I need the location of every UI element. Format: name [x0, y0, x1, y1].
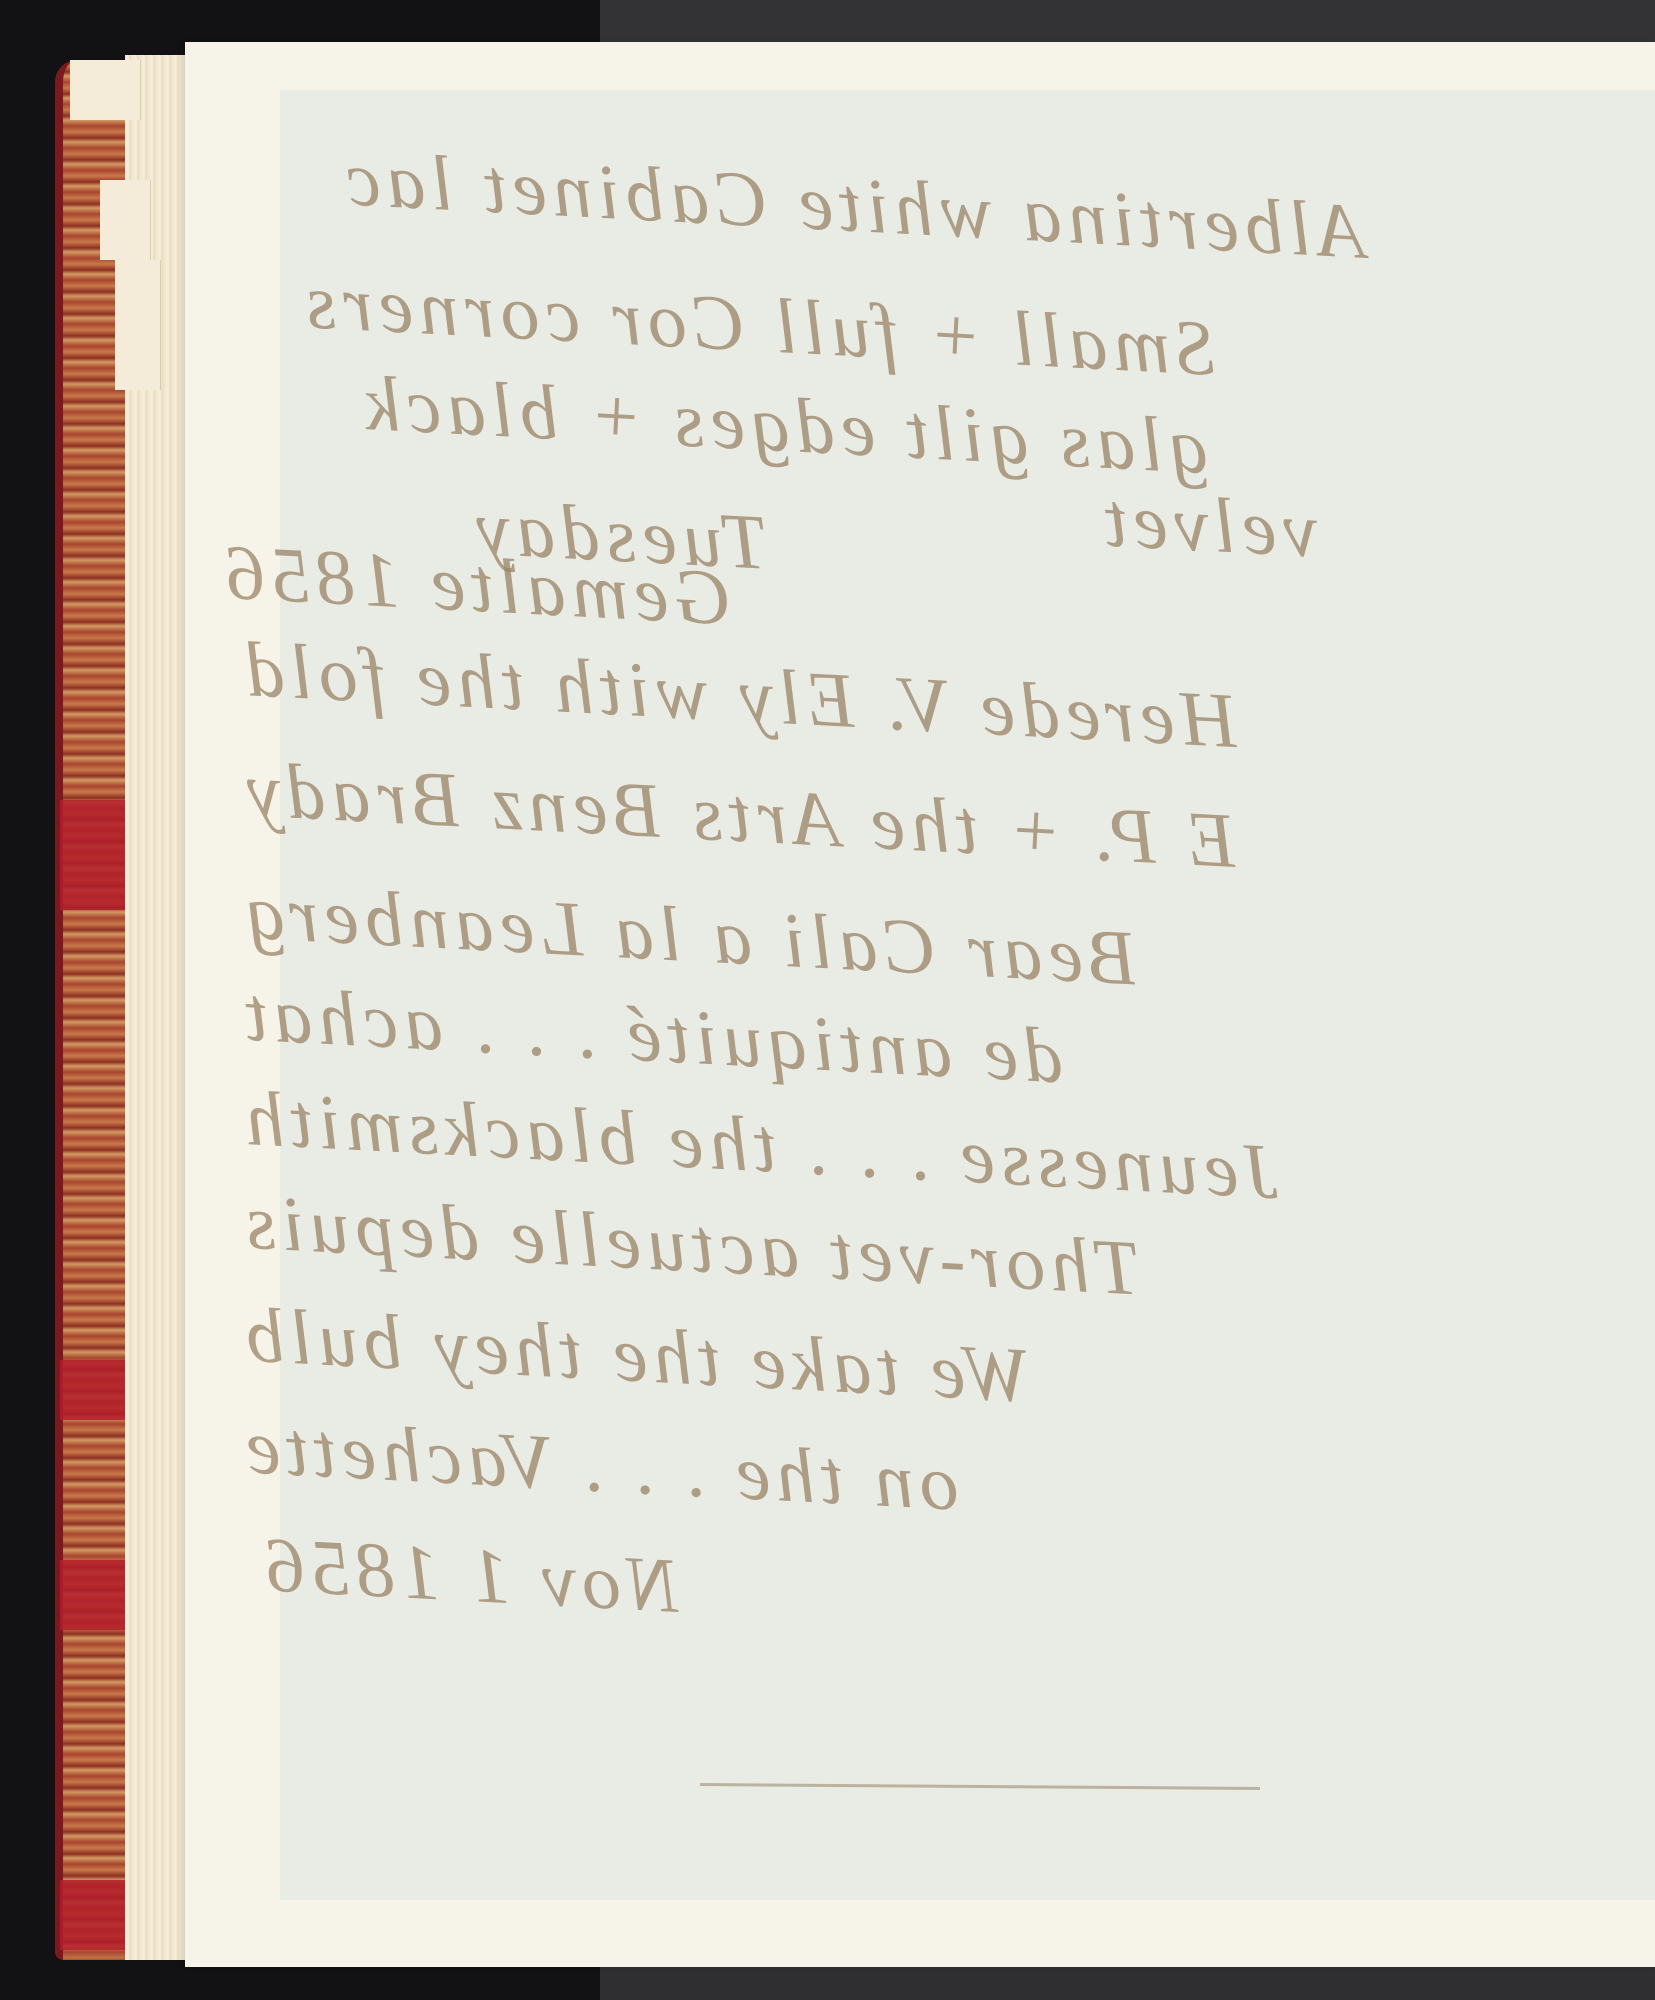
cover-tear-red	[60, 1360, 130, 1420]
page-tab	[70, 60, 141, 120]
page-tab	[100, 180, 151, 260]
mirrored-ink-line: on the . . . Vachette	[238, 1401, 961, 1529]
mirrored-ink-line: We take the they bulb	[238, 1289, 1032, 1420]
closing-rule-line	[700, 1783, 1260, 1790]
cover-tear-red	[60, 800, 130, 910]
mirrored-ink-line: Nov 1 1856	[258, 1519, 682, 1631]
mirrored-ink-line: Herede V. Ely with the fold	[238, 624, 1240, 766]
page-writing-area: Albertina white Cabinet lac Small + full…	[280, 90, 1655, 1900]
mirrored-ink-line: Albertina white Cabinet lac	[338, 133, 1368, 277]
page-tab	[115, 260, 161, 390]
mirrored-ink-line: E P. + the Arts Benz Brady	[238, 744, 1238, 886]
cover-tear-red	[60, 1560, 130, 1630]
cover-tear-red	[60, 1880, 130, 1950]
mirrored-ink-line: velvet	[1098, 474, 1320, 575]
